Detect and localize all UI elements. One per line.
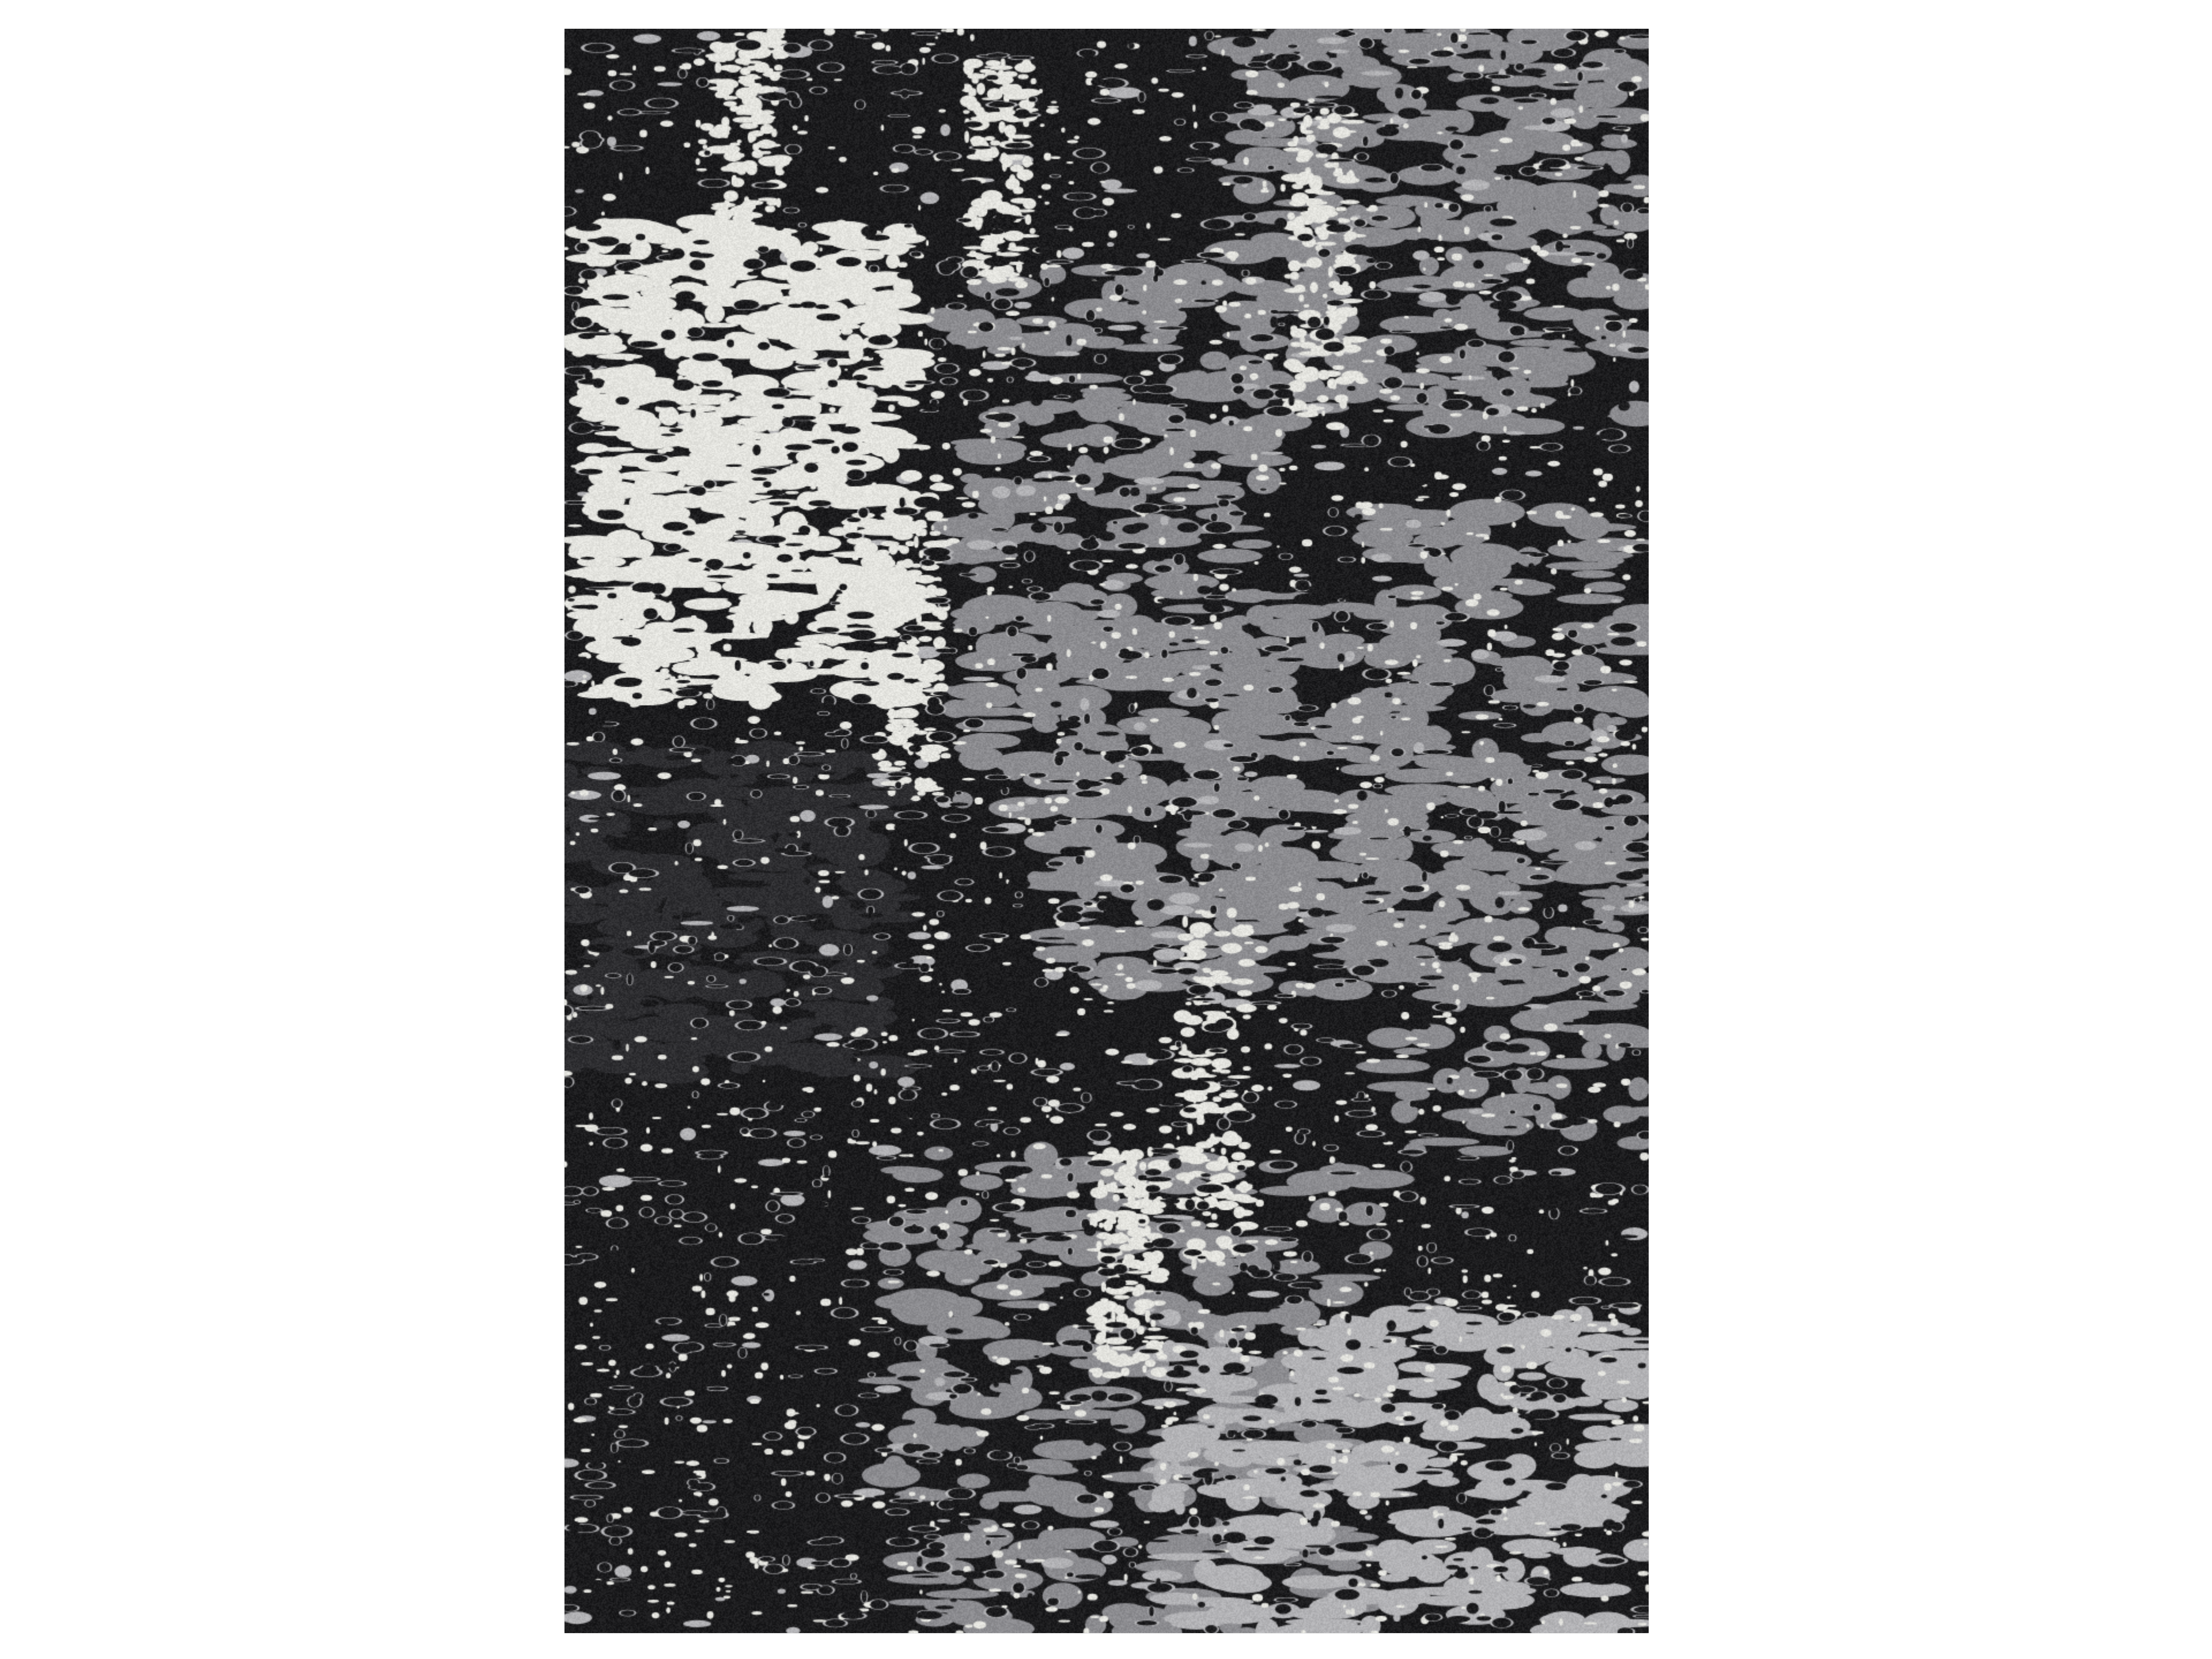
rug-image: [565, 29, 1649, 1633]
product-photo: [0, 0, 2212, 1659]
rug-pattern: [565, 29, 1649, 1633]
